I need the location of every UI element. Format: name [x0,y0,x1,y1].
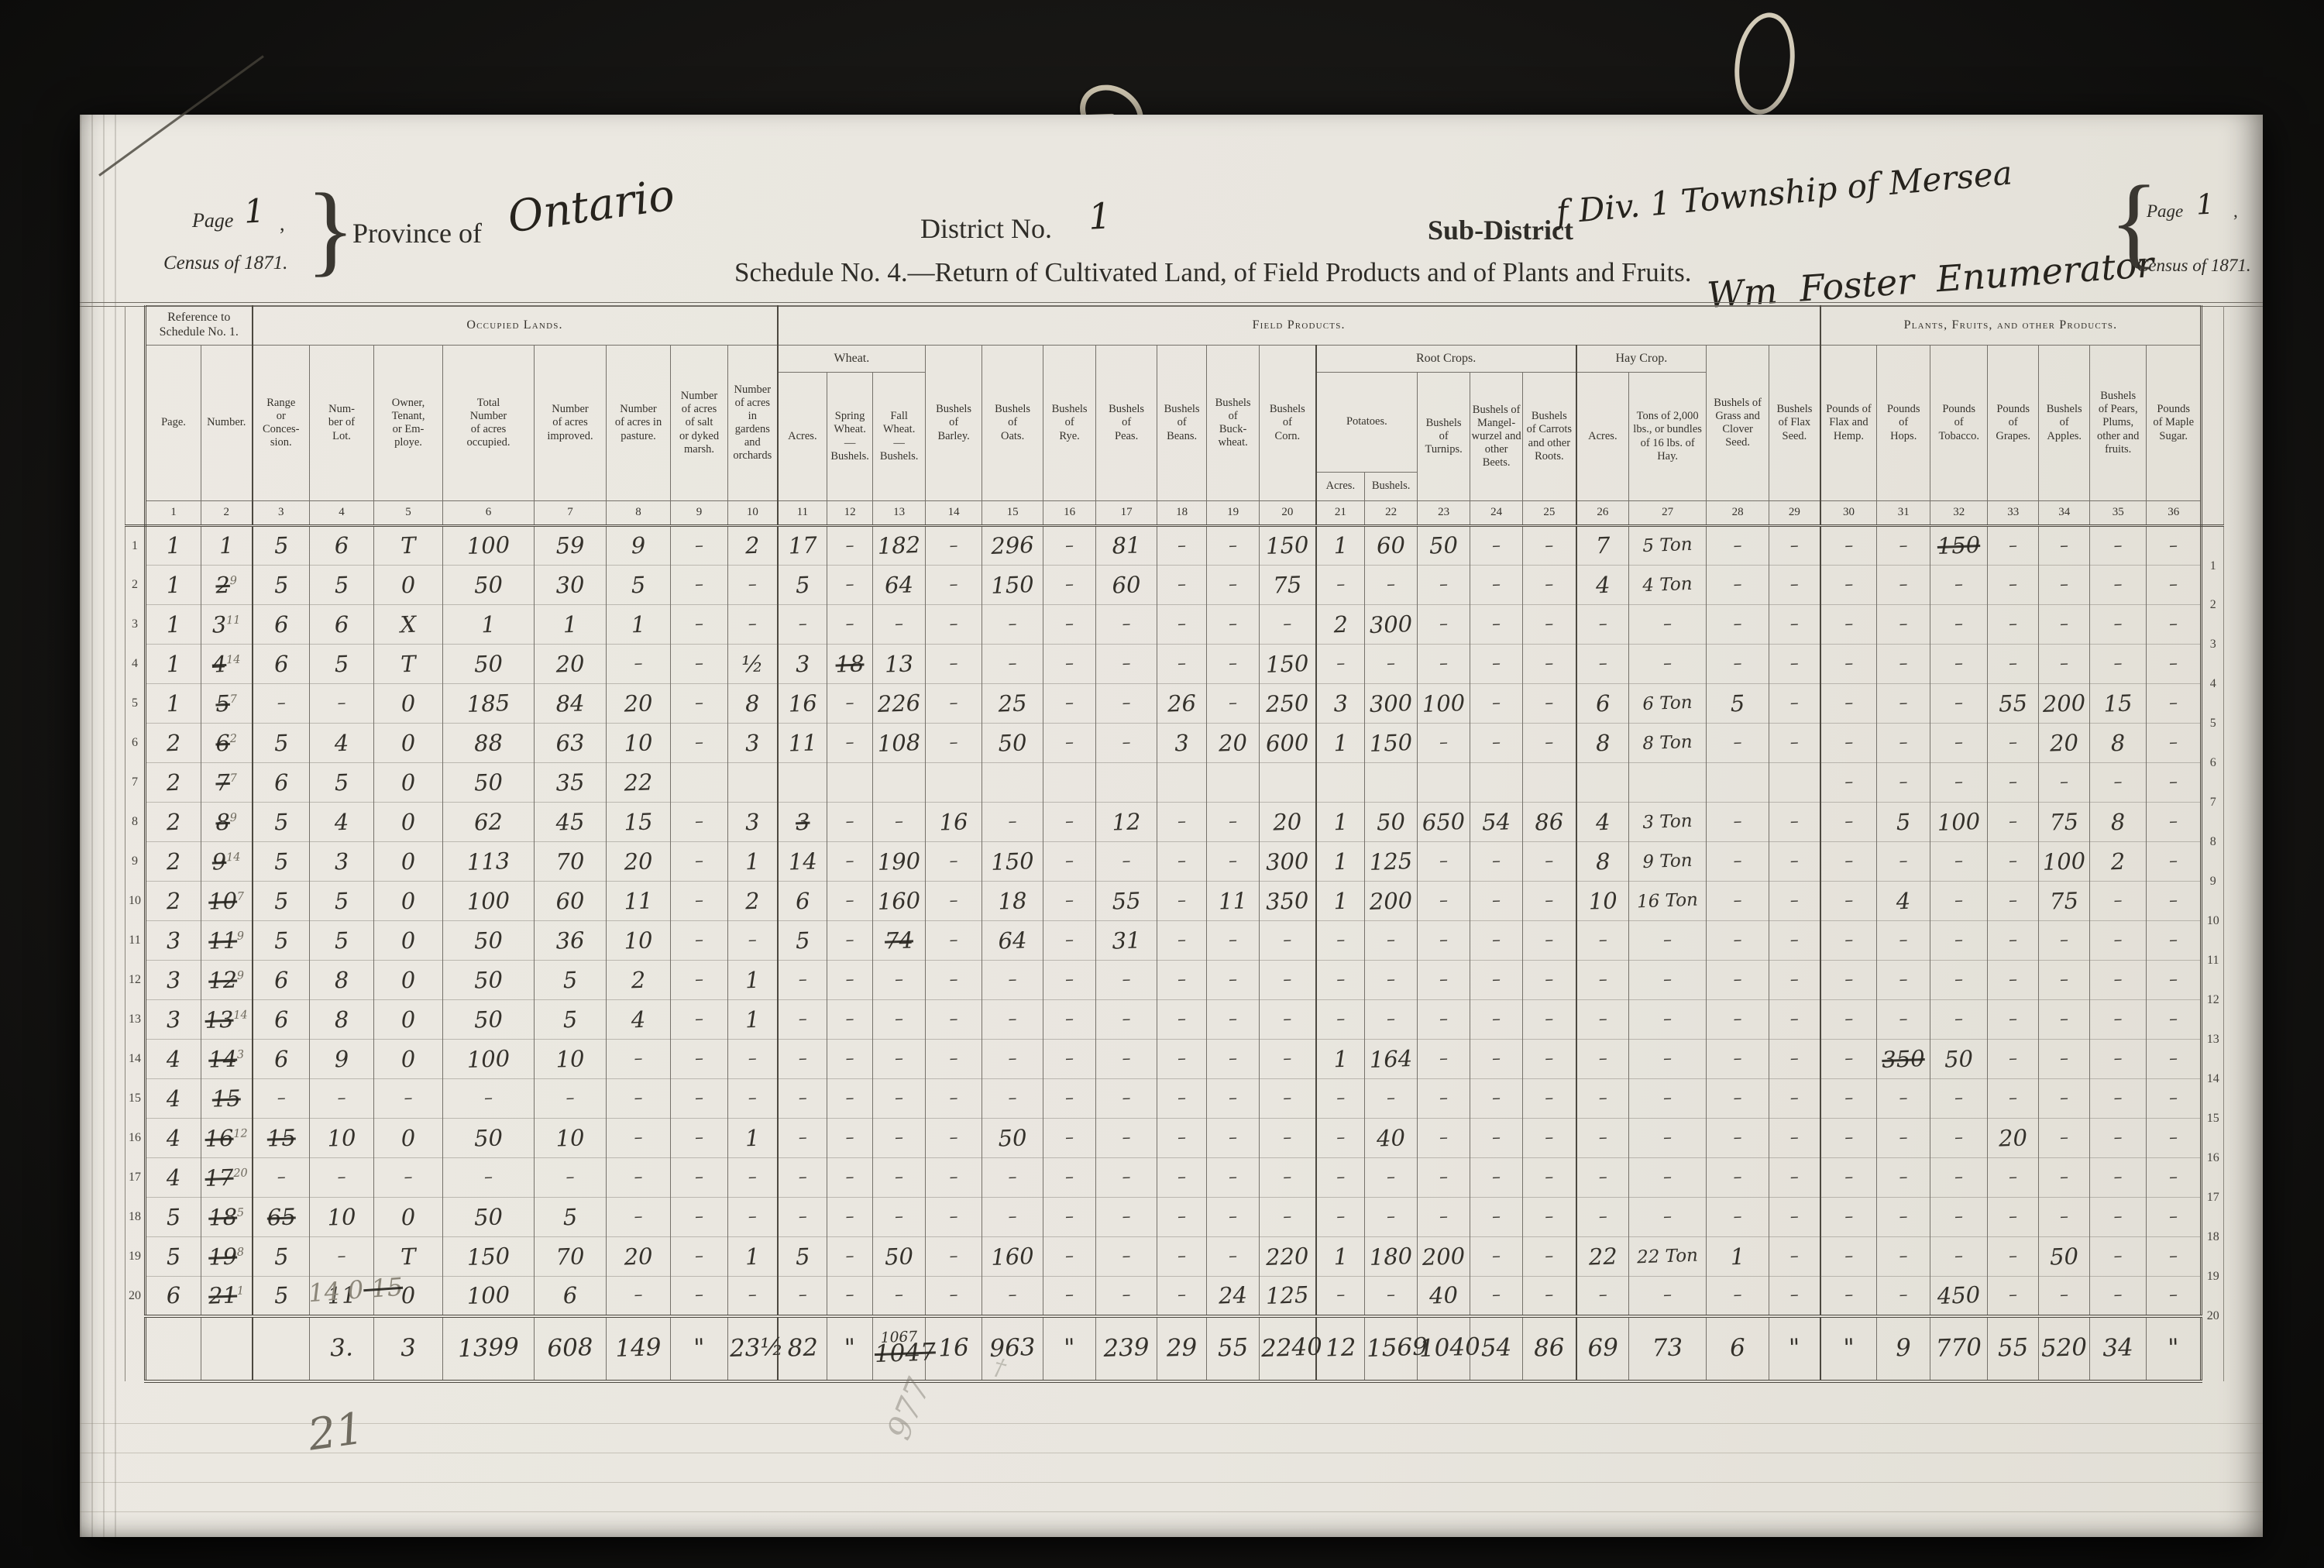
column-number: 29 [1769,501,1820,526]
cell: 1 [1316,724,1365,763]
column-header-fall-wheat: Fall Wheat. — Bushels. [873,373,926,501]
cell: 22 [1576,1237,1629,1277]
cell: – [607,1040,671,1079]
cell [1418,763,1470,803]
cell: – [1207,1198,1260,1237]
cell: – [2090,605,2147,645]
cell: – [1207,1158,1260,1198]
cell: – [1629,1040,1707,1079]
right-gutter-header [2202,306,2224,526]
cell: 15 [253,1119,310,1158]
column-header-wheat-acres: Acres. [778,373,827,501]
cell: 8 [310,1000,374,1040]
cell: – [1207,1000,1260,1040]
cell: 75 [2039,882,2090,921]
cell: – [1523,842,1576,882]
cell: – [1820,1000,1877,1040]
cell: – [1769,803,1820,842]
cell: – [926,566,982,605]
cell: 1 [1707,1237,1769,1277]
cell: – [926,645,982,684]
cell: – [1418,1119,1470,1158]
cell: – [873,1040,926,1079]
cell: 3 [146,961,201,1000]
cell: – [1930,645,1988,684]
cell: – [253,1079,310,1119]
cell: – [1316,566,1365,605]
cell: – [2090,921,2147,961]
column-number: 23 [1418,501,1470,526]
cell: 2 [2090,842,2147,882]
cell: – [1523,1277,1576,1316]
cell: 185 [443,684,535,724]
column-header-apples: Bushels of Apples. [2039,346,2090,501]
cell: 5 [1877,803,1930,842]
cell: – [1470,566,1523,605]
cell: 5 [535,1198,607,1237]
cell: 0 [374,921,443,961]
cell: 1 [1316,526,1365,566]
cell: " [2147,1316,2202,1381]
cell: – [607,645,671,684]
cell: 5 [253,1277,310,1316]
cell: – [2039,961,2090,1000]
cell: 6 [310,605,374,645]
cell: – [1207,566,1260,605]
cell: 5 [1707,684,1769,724]
cell: 62 [443,803,535,842]
cell: 11 [607,882,671,921]
column-header-grapes: Pounds of Grapes. [1988,346,2039,501]
cell: – [1157,566,1207,605]
cell: – [1470,1277,1523,1316]
row-number-left: 10 [125,882,146,921]
cell: 77 [201,763,253,803]
cell: 150 [1365,724,1418,763]
cell: – [1930,1119,1988,1158]
cell: – [1470,645,1523,684]
cell: 20 [607,842,671,882]
cell: – [926,961,982,1000]
cell: – [671,1277,728,1316]
cell: – [2039,526,2090,566]
cell: – [778,1040,827,1079]
cell: 0 [374,684,443,724]
cell: – [2090,645,2147,684]
cell: – [1820,1277,1877,1316]
cell: – [728,921,778,961]
page-value: 1 [243,191,266,230]
cell: – [1043,566,1096,605]
cell: – [1365,1000,1418,1040]
cell: 311 [201,605,253,645]
cell: 4 [310,724,374,763]
cell: – [2039,921,2090,961]
cell: 5 [253,1237,310,1277]
cell: – [1316,1119,1365,1158]
cell: – [1260,605,1316,645]
cell: – [1523,1000,1576,1040]
cell: – [1769,684,1820,724]
row-number-left: 6 [125,724,146,763]
cell: – [2147,645,2202,684]
cell: – [535,1079,607,1119]
cell: 1 [607,605,671,645]
cell: 6 Ton [1629,684,1707,724]
column-header-acres-occupied: Total Number of acres occupied. [443,346,535,501]
cell: – [1157,842,1207,882]
cell: 200 [1418,1237,1470,1277]
cell: – [1096,1158,1157,1198]
cell: 6 [253,961,310,1000]
cell: – [1523,921,1576,961]
cell: – [1988,724,2039,763]
cell: – [1260,1198,1316,1237]
cell: 10 [310,1198,374,1237]
cell: – [728,566,778,605]
cell: – [827,961,873,1000]
cell: – [1523,684,1576,724]
cell: – [1470,1158,1523,1198]
cell: 5 [253,724,310,763]
cell: – [1207,1119,1260,1158]
cell: 100 [443,1277,535,1316]
cell: – [1523,1079,1576,1119]
cell: – [827,1237,873,1277]
cell: " [1820,1316,1877,1381]
cell: – [827,684,873,724]
left-brace: } [306,178,355,280]
cell: – [1930,724,1988,763]
row-number-left: 1 [125,526,146,566]
cell: – [671,882,728,921]
cell: 1 [1316,803,1365,842]
cell: 55 [1207,1316,1260,1381]
table-row: 1021075501006011–26–160–18–55–113501200–… [125,882,2224,921]
cell: 35 [535,763,607,803]
cell: 64 [982,921,1043,961]
cell: – [1707,1119,1769,1158]
cell: 3 [146,1000,201,1040]
cell: – [1576,921,1629,961]
cell: – [1096,1198,1157,1237]
cell: – [1769,961,1820,1000]
cell: 0 [374,961,443,1000]
cell: 100 [1418,684,1470,724]
page-label: Page [192,209,233,232]
cell: – [1043,961,1096,1000]
cell: – [728,1158,778,1198]
cell: – [2039,763,2090,803]
cell: 36 [535,921,607,961]
table-row: 20621151101006–––––––––––24125––40––––––… [125,1277,2224,1316]
column-header-hops: Pounds of Hops. [1877,346,1930,501]
cell: – [671,684,728,724]
cell: 10 [535,1119,607,1158]
cell: – [982,645,1043,684]
cell: 45 [535,803,607,842]
cell: 1 [146,645,201,684]
cell [1365,763,1418,803]
cell: 198 [201,1237,253,1277]
cell: 6 [253,1000,310,1040]
cell: – [982,803,1043,842]
cell: – [671,1079,728,1119]
cell: 5 [535,1000,607,1040]
cell [778,763,827,803]
cell: – [1988,1040,2039,1079]
cell: – [310,1158,374,1198]
cell: – [1877,1119,1930,1158]
cell: 60 [535,882,607,921]
cell: – [2147,1198,2202,1237]
cell: – [1365,921,1418,961]
cell: – [1523,1198,1576,1237]
cell: " [671,1316,728,1381]
cell: 2 [146,763,201,803]
cell: 0 [374,1040,443,1079]
cell: 150 [1260,645,1316,684]
cell: – [827,882,873,921]
row-number-left: 17 [125,1158,146,1198]
column-number: 18 [1157,501,1207,526]
cell: – [1769,1237,1820,1277]
cell: – [926,921,982,961]
cell: 10671047 [873,1316,926,1381]
cell: – [2147,684,2202,724]
cell: 0 [374,803,443,842]
cell: – [1096,1237,1157,1277]
table-row: 113119550503610––5–74–64–31–––––––––––––… [125,921,2224,961]
cell: 5 [253,921,310,961]
ruled-lines [80,1394,2263,1537]
table-body: 11156T100599–217–182–296–81––15016050––7… [125,526,2224,1316]
cell: – [2147,921,2202,961]
cell: – [1316,645,1365,684]
cell: 8 [728,684,778,724]
cell: 1 [1316,1040,1365,1079]
column-header-barley: Bushels of Barley. [926,346,982,501]
census-label: Census of 1871. [163,253,287,274]
cell: – [2039,1119,2090,1158]
cell: 4 [1877,882,1930,921]
census-page: Page 1 , } Census of 1871. Province of O… [80,115,2263,1537]
column-number: 17 [1096,501,1157,526]
cell: 15 [201,1079,253,1119]
cell [827,763,873,803]
cell: 11 [778,724,827,763]
cell: 5 [310,566,374,605]
cell: – [1043,1000,1096,1040]
cell [671,763,728,803]
cell: – [1096,1119,1157,1158]
cell: 296 [982,526,1043,566]
cell: – [671,724,728,763]
cell: 226 [873,684,926,724]
cell: – [1877,605,1930,645]
cell: 113 [443,842,535,882]
cell: 34 [2090,1316,2147,1381]
cell: – [982,1277,1043,1316]
cell: – [728,1277,778,1316]
cell: – [1043,921,1096,961]
cell: – [1988,1000,2039,1040]
row-number-left: 5 [125,684,146,724]
district-value: 1 [1088,194,1112,237]
cell: T [374,526,443,566]
cell: – [1988,526,2039,566]
cell: – [1043,882,1096,921]
cell: 2 [146,724,201,763]
cell: 0 [374,1198,443,1237]
cell: 6 [253,1040,310,1079]
cell: – [827,526,873,566]
column-number: 33 [1988,501,2039,526]
cell: – [2039,1040,2090,1079]
cell [253,1316,310,1381]
cell: – [1470,1000,1523,1040]
cell: – [926,1000,982,1040]
cell: 650 [1418,803,1470,842]
cell: – [873,803,926,842]
cell: 0 [374,1119,443,1158]
cell: 2 [607,961,671,1000]
cell: – [1470,882,1523,921]
cell: 50 [873,1237,926,1277]
cell: 1 [728,1119,778,1158]
cell: – [1877,566,1930,605]
cell: – [1316,961,1365,1000]
cell: – [1769,1000,1820,1040]
cell: – [1877,1237,1930,1277]
cell: – [1043,1277,1096,1316]
pencil-stroke [98,55,264,176]
cell: – [1988,1237,2039,1277]
cell: 250 [1260,684,1316,724]
cell: – [2147,1040,2202,1079]
cell: – [2090,526,2147,566]
cell: – [982,1040,1043,1079]
cell: 20 [607,684,671,724]
cell: 14 [778,842,827,882]
cell: – [1418,645,1470,684]
cell [982,763,1043,803]
cell: 1399 [443,1316,535,1381]
group-header-field-products: Field Products. [778,306,1820,346]
cell: – [1096,1277,1157,1316]
cell: – [1820,1198,1877,1237]
cell: 25 [982,684,1043,724]
cell: – [2147,566,2202,605]
cell: – [1877,684,1930,724]
cell: – [1576,605,1629,645]
cell: – [2147,882,2202,921]
table-row: 4141465T5020––½31813––––––150–––––––––––… [125,645,2224,684]
binding-string-loop [1728,9,1801,118]
cell: 8 [310,961,374,1000]
district-label: District No. [920,212,1052,245]
cell: – [1157,882,1207,921]
cell: 55 [1988,684,2039,724]
cell: – [1707,842,1769,882]
cell: – [1769,605,1820,645]
cell: ½ [728,645,778,684]
cell: – [2090,1079,2147,1119]
cell: – [1470,921,1523,961]
cell: – [1877,724,1930,763]
cell: 8 [1576,842,1629,882]
cell: 1 [146,684,201,724]
cell: – [2090,961,2147,1000]
cell: 350 [1877,1040,1930,1079]
cell: 4 [146,1040,201,1079]
cell: 4 [1576,803,1629,842]
cell: 200 [1365,882,1418,921]
cell [146,1316,201,1381]
cell: – [1930,1000,1988,1040]
cell: – [926,1079,982,1119]
cell: – [982,605,1043,645]
cell: 75 [1260,566,1316,605]
cell: 26 [1157,684,1207,724]
cell: – [1096,1079,1157,1119]
cell: – [728,1198,778,1237]
column-number: 10 [728,501,778,526]
cell [1523,763,1576,803]
cell: – [1820,684,1877,724]
cell: 143 [201,1040,253,1079]
row-number-left: 19 [125,1237,146,1277]
right-page-label: Page [2147,201,2183,222]
cell: – [1316,1158,1365,1198]
column-header-pears: Bushels of Pears, Plums, other and fruit… [2090,346,2147,501]
column-header-range: Range or Conces- sion. [253,346,310,501]
cell: 12 [1316,1316,1365,1381]
cell: 10 [607,921,671,961]
cell: – [1877,1000,1930,1040]
cell: 8 [2090,724,2147,763]
cell: 1 [146,605,201,645]
cell: – [827,1277,873,1316]
table-row: 14414369010010–––––––––––––1164––––––––3… [125,1040,2224,1079]
cell: – [1769,921,1820,961]
cell: – [2039,1198,2090,1237]
cell: – [778,1079,827,1119]
cell: 5 [253,842,310,882]
cell: 6 [253,605,310,645]
cell: – [1576,1277,1629,1316]
cell: 5 [778,921,827,961]
cell: – [1930,763,1988,803]
cell: 4 Ton [1629,566,1707,605]
cell: – [1930,921,1988,961]
cell: – [1576,1158,1629,1198]
cell: – [1157,961,1207,1000]
cell: – [1316,1000,1365,1040]
cell: 608 [535,1316,607,1381]
cell: – [1988,842,2039,882]
cell: – [1470,1079,1523,1119]
cell: – [1043,842,1096,882]
cell: 160 [873,882,926,921]
table-row: 15415––––––––––––––––––––––––––––––––––1… [125,1079,2224,1119]
cell: 50 [443,1198,535,1237]
cell: – [1576,1198,1629,1237]
group-header-reference: Reference to Schedule No. 1. [146,306,253,346]
column-number: 9 [671,501,728,526]
cell: – [2039,1277,2090,1316]
cell: 18 [827,645,873,684]
